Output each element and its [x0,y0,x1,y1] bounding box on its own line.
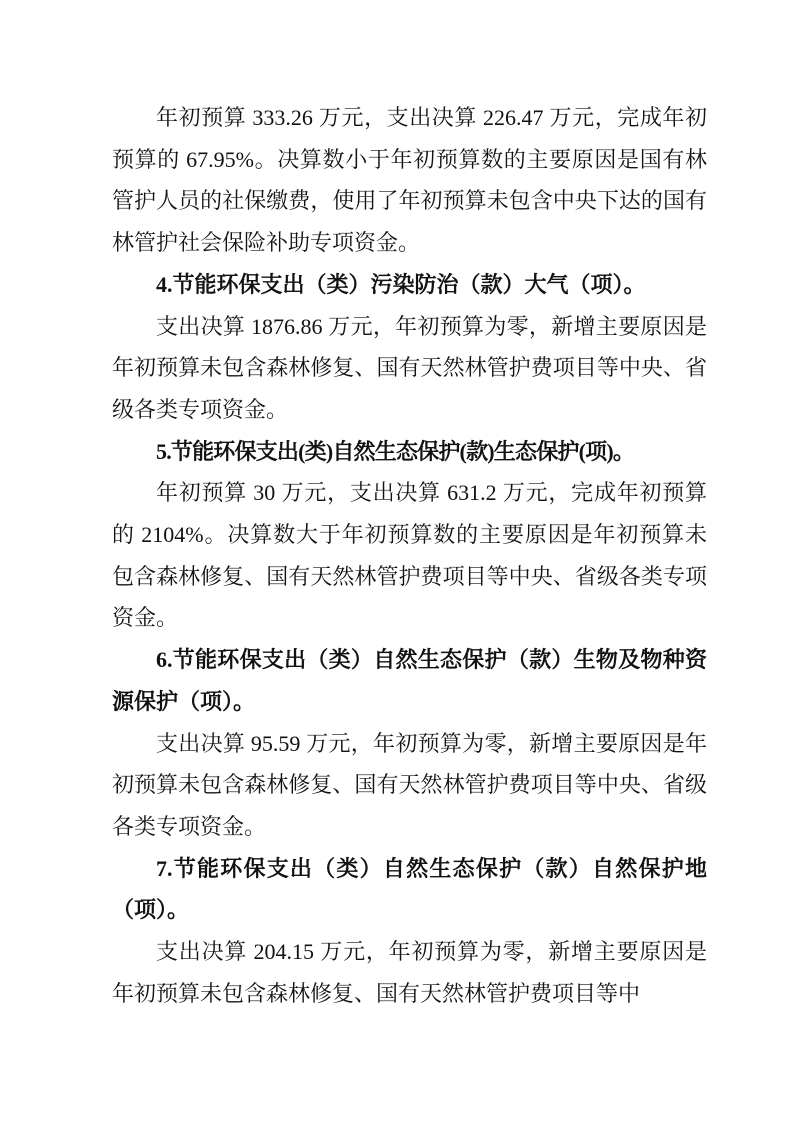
body-paragraph-budget-333: 年初预算 333.26 万元，支出决算 226.47 万元，完成年初预算的 67… [112,97,707,264]
section-6-heading: 6.节能环保支出（类）自然生态保护（款）生物及物种资源保护（项）。 [112,639,707,722]
body-paragraph-expense-1876: 支出决算 1876.86 万元，年初预算为零，新增主要原因是年初预算未包含森林修… [112,306,707,431]
document-page: 年初预算 333.26 万元，支出决算 226.47 万元，完成年初预算的 67… [0,0,793,1122]
section-5-heading: 5.节能环保支出(类)自然生态保护(款)生态保护(项)。 [112,431,707,473]
section-4-heading: 4.节能环保支出（类）污染防治（款）大气（项）。 [112,264,707,306]
section-7-heading: 7.节能环保支出（类）自然生态保护（款）自然保护地（项）。 [112,848,707,931]
body-paragraph-expense-95: 支出决算 95.59 万元，年初预算为零，新增主要原因是年初预算未包含森林修复、… [112,723,707,848]
document-text-block: 年初预算 333.26 万元，支出决算 226.47 万元，完成年初预算的 67… [112,97,707,1014]
body-paragraph-budget-30: 年初预算 30 万元，支出决算 631.2 万元，完成年初预算的 2104%。决… [112,472,707,639]
body-paragraph-expense-204: 支出决算 204.15 万元，年初预算为零，新增主要原因是年初预算未包含森林修复… [112,931,707,1014]
